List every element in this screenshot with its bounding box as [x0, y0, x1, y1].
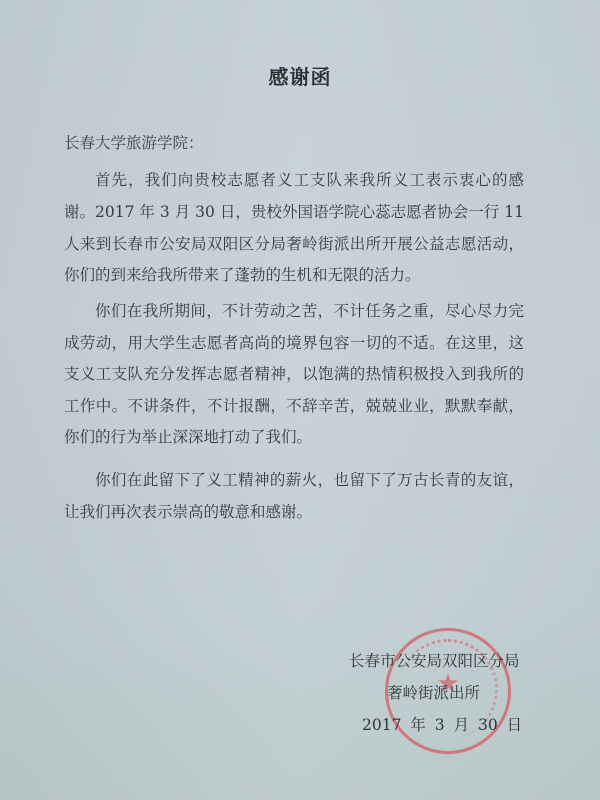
letter-salutation: 长春大学旅游学院： [64, 131, 204, 153]
paragraph-text: 2017 年 3 月 30 日，贵校外国语学院心蕊志愿者协会一行 11 人来到长… [64, 197, 524, 292]
paragraph-text: 你们在此留下了义工精神的薪火，也留下了万古长青的友谊，让我们再次表示崇高的敬意和… [64, 465, 524, 528]
signature-unit: 奢岭街派出所 [387, 681, 480, 703]
paragraph-text: 你们在我所期间，不计劳动之苦，不计任务之重，尽心尽力完成劳动，用大学生志愿者高尚… [64, 296, 524, 454]
letter-paragraph-4: 你们在此留下了义工精神的薪火，也留下了万古长青的友谊，让我们再次表示崇高的敬意和… [64, 465, 524, 528]
letter-paragraph-3: 你们在我所期间，不计劳动之苦，不计任务之重，尽心尽力完成劳动，用大学生志愿者高尚… [64, 296, 524, 454]
signature-organization: 长春市公安局双阳区分局 [349, 649, 520, 671]
letter-title: 感谢函 [0, 61, 600, 90]
signature-date: 2017 年 3 月 30 日 [362, 713, 522, 735]
letter-paragraph-2: 2017 年 3 月 30 日，贵校外国语学院心蕊志愿者协会一行 11 人来到长… [64, 197, 524, 292]
